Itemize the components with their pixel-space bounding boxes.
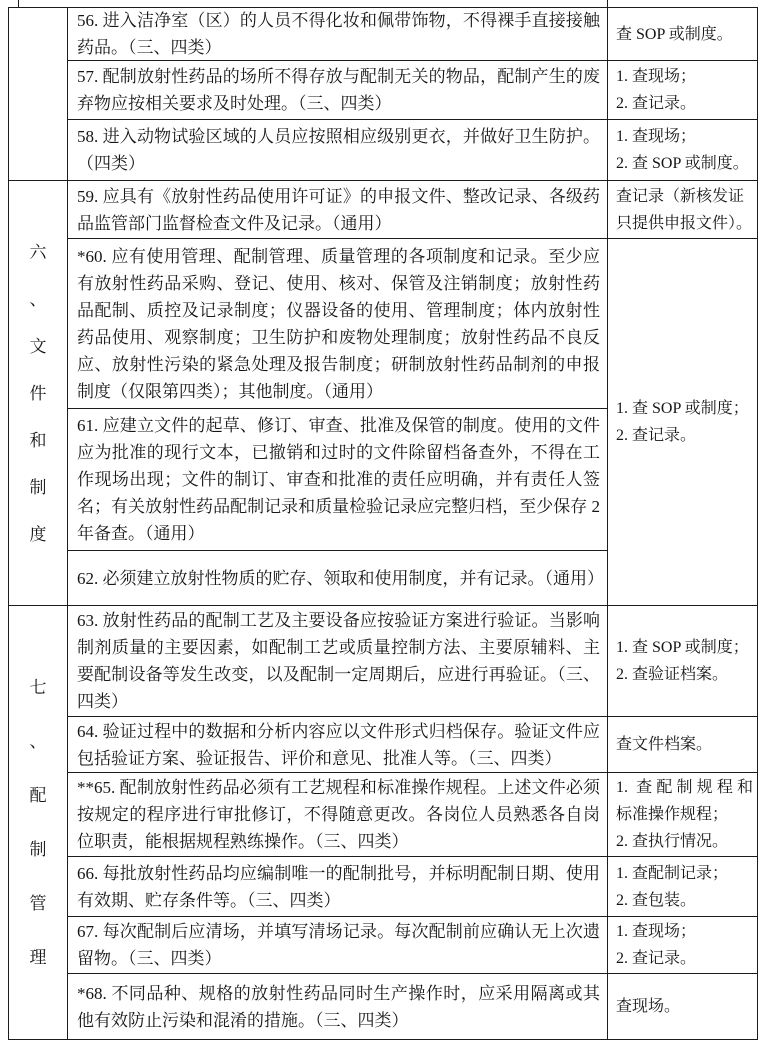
category-label-char: 文 [30, 338, 47, 355]
category-label-char: 七 [30, 679, 47, 696]
check-method-cell: 1. 查现场；2. 查 SOP 或制度。 [607, 120, 757, 180]
section-rows: 63. 放射性药品的配制工艺及主要设备应按验证方案进行验证。当影响制剂质量的主要… [68, 606, 757, 1039]
table-row-group: *68. 不同品种、规格的放射性药品同时生产操作时，应采用隔离或其他有效防止污染… [68, 973, 757, 1039]
checklist-table: 56. 进入洁净室（区）的人员不得化妆和佩带饰物，不得裸手直接接触药品。（三、四… [8, 7, 758, 1040]
checklist-item-row-59: 59. 应具有《放射性药品使用许可证》的申报文件、整改记录、各级药品监管部门监督… [68, 181, 607, 238]
table-row-group: 66. 每批放射性药品均应编制唯一的配制批号，并标明配制日期、使用有效期、贮存条… [68, 856, 757, 916]
category-label-char: 六 [30, 244, 47, 261]
check-method-cell: 1. 查 SOP 或制度；2. 查记录。 [607, 239, 757, 605]
check-method-line: 1. 查配制规程和 [616, 774, 753, 801]
table-row-group: *60. 应有使用管理、配制管理、质量管理的各项制度和记录。至少应有放射性药品采… [68, 238, 757, 605]
check-method-cell: 查 SOP 或制度。 [607, 8, 757, 60]
check-method-line: 1. 查 SOP 或制度； [616, 395, 753, 422]
table-row-group: 67. 每次配制后应清场，并填写清场记录。每次配制前应确认无上次遗留物。（三、四… [68, 916, 757, 973]
check-method-cell: 1. 查配制规程和标准操作规程；2. 查执行情况。 [607, 773, 757, 856]
check-method-cell: 查记录（新核发证只提供申报文件）。 [607, 181, 757, 238]
check-method-line: 2. 查验证档案。 [616, 661, 753, 688]
item-text: 61. 应建立文件的起草、修订、审查、批准及保管的制度。使用的文件应为批准的现行… [68, 412, 607, 547]
category-label-char: 和 [30, 432, 47, 449]
section-rows: 59. 应具有《放射性药品使用许可证》的申报文件、整改记录、各级药品监管部门监督… [68, 181, 757, 605]
check-method-line: 2. 查记录。 [616, 945, 753, 972]
table-row-group: **65. 配制放射性药品必须有工艺规程和标准操作规程。上述文件必须按规定的程序… [68, 772, 757, 856]
item-text: *60. 应有使用管理、配制管理、质量管理的各项制度和记录。至少应有放射性药品采… [68, 243, 607, 405]
table-row-group: 59. 应具有《放射性药品使用许可证》的申报文件、整改记录、各级药品监管部门监督… [68, 181, 757, 238]
category-label-char: 度 [30, 526, 47, 543]
item-text: 67. 每次配制后应清场，并填写清场记录。每次配制前应确认无上次遗留物。（三、四… [68, 918, 607, 972]
category-cell: 六、文件和制度 [9, 181, 68, 605]
item-text: 57. 配制放射性药品的场所不得存放与配制无关的物品，配制产生的废弃物应按相关要… [68, 63, 607, 117]
check-method-line: 查 SOP 或制度。 [616, 21, 753, 48]
category-label-char: 件 [30, 385, 47, 402]
category-cell: 七、配制管理 [9, 606, 68, 1039]
checklist-item-row-67: 67. 每次配制后应清场，并填写清场记录。每次配制前应确认无上次遗留物。（三、四… [68, 917, 607, 973]
check-method-line: 1. 查 SOP 或制度； [616, 634, 753, 661]
check-method-line: 2. 查记录。 [616, 422, 753, 449]
check-method-line: 1. 查现场； [616, 63, 753, 90]
item-rows-column: 64. 验证过程中的数据和分析内容应以文件形式归档保存。验证文件应包括验证方案、… [68, 717, 607, 772]
table-row-group: 63. 放射性药品的配制工艺及主要设备应按验证方案进行验证。当影响制剂质量的主要… [68, 606, 757, 716]
item-text: **65. 配制放射性药品必须有工艺规程和标准操作规程。上述文件必须按规定的程序… [68, 774, 607, 855]
check-method-line: 查现场。 [616, 993, 753, 1020]
table-row-group: 64. 验证过程中的数据和分析内容应以文件形式归档保存。验证文件应包括验证方案、… [68, 716, 757, 772]
checklist-item-row-61: 61. 应建立文件的起草、修订、审查、批准及保管的制度。使用的文件应为批准的现行… [68, 408, 607, 550]
category-label-char: 配 [30, 787, 47, 804]
check-method-cell: 1. 查现场；2. 查记录。 [607, 61, 757, 119]
item-rows-column: 66. 每批放射性药品均应编制唯一的配制批号，并标明配制日期、使用有效期、贮存条… [68, 857, 607, 916]
check-method-cell: 1. 查配制记录；2. 查包装。 [607, 857, 757, 916]
table-row-group: 56. 进入洁净室（区）的人员不得化妆和佩带饰物，不得裸手直接接触药品。（三、四… [68, 8, 757, 60]
category-label-char: 制 [30, 841, 47, 858]
check-method-line: 查记录（新核发证 [616, 183, 753, 210]
category-label-char: 、 [30, 733, 47, 750]
item-rows-column: 57. 配制放射性药品的场所不得存放与配制无关的物品，配制产生的废弃物应按相关要… [68, 61, 607, 119]
category-label-char: 管 [30, 895, 47, 912]
check-method-line: 查文件档案。 [616, 731, 753, 758]
table-row-group: 58. 进入动物试验区域的人员应按照相应级别更衣，并做好卫生防护。（四类）1. … [68, 119, 757, 180]
check-method-line: 2. 查记录。 [616, 90, 753, 117]
checklist-item-row-66: 66. 每批放射性药品均应编制唯一的配制批号，并标明配制日期、使用有效期、贮存条… [68, 857, 607, 916]
check-method-line: 1. 查现场； [616, 123, 753, 150]
category-label-char: 制 [30, 479, 47, 496]
checklist-item-row-63: 63. 放射性药品的配制工艺及主要设备应按验证方案进行验证。当影响制剂质量的主要… [68, 606, 607, 716]
checklist-item-row-68: *68. 不同品种、规格的放射性药品同时生产操作时，应采用隔离或其他有效防止污染… [68, 974, 607, 1039]
item-text: 58. 进入动物试验区域的人员应按照相应级别更衣，并做好卫生防护。（四类） [68, 123, 607, 177]
document-page: 56. 进入洁净室（区）的人员不得化妆和佩带饰物，不得裸手直接接触药品。（三、四… [0, 0, 765, 1043]
item-rows-column: 56. 进入洁净室（区）的人员不得化妆和佩带饰物，不得裸手直接接触药品。（三、四… [68, 8, 607, 60]
check-method-line: 1. 查配制记录； [616, 860, 753, 887]
item-rows-column: 59. 应具有《放射性药品使用许可证》的申报文件、整改记录、各级药品监管部门监督… [68, 181, 607, 238]
checklist-item-row-60: *60. 应有使用管理、配制管理、质量管理的各项制度和记录。至少应有放射性药品采… [68, 239, 607, 408]
item-text: 59. 应具有《放射性药品使用许可证》的申报文件、整改记录、各级药品监管部门监督… [68, 183, 607, 237]
check-method-line: 2. 查执行情况。 [616, 828, 753, 855]
item-text: 66. 每批放射性药品均应编制唯一的配制批号，并标明配制日期、使用有效期、贮存条… [68, 860, 607, 914]
item-text: *68. 不同品种、规格的放射性药品同时生产操作时，应采用隔离或其他有效防止污染… [68, 980, 607, 1034]
check-method-line: 只提供申报文件）。 [616, 210, 753, 237]
table-section: 六、文件和制度59. 应具有《放射性药品使用许可证》的申报文件、整改记录、各级药… [9, 180, 757, 605]
check-method-line: 2. 查包装。 [616, 887, 753, 914]
check-method-cell: 1. 查现场；2. 查记录。 [607, 917, 757, 973]
table-row-group: 57. 配制放射性药品的场所不得存放与配制无关的物品，配制产生的废弃物应按相关要… [68, 60, 757, 119]
check-method-cell: 1. 查 SOP 或制度；2. 查验证档案。 [607, 606, 757, 716]
check-method-cell: 查文件档案。 [607, 717, 757, 772]
check-method-line: 标准操作规程； [616, 801, 753, 828]
check-method-cell: 查现场。 [607, 974, 757, 1039]
checklist-item-row-58: 58. 进入动物试验区域的人员应按照相应级别更衣，并做好卫生防护。（四类） [68, 120, 607, 180]
checklist-item-row-57: 57. 配制放射性药品的场所不得存放与配制无关的物品，配制产生的废弃物应按相关要… [68, 61, 607, 119]
table-section: 56. 进入洁净室（区）的人员不得化妆和佩带饰物，不得裸手直接接触药品。（三、四… [9, 8, 757, 180]
item-rows-column: *68. 不同品种、规格的放射性药品同时生产操作时，应采用隔离或其他有效防止污染… [68, 974, 607, 1039]
category-cell [9, 8, 68, 180]
table-section: 七、配制管理63. 放射性药品的配制工艺及主要设备应按验证方案进行验证。当影响制… [9, 605, 757, 1039]
item-text: 64. 验证过程中的数据和分析内容应以文件形式归档保存。验证文件应包括验证方案、… [68, 718, 607, 772]
item-text: 56. 进入洁净室（区）的人员不得化妆和佩带饰物，不得裸手直接接触药品。（三、四… [68, 8, 607, 60]
checklist-item-row-64: 64. 验证过程中的数据和分析内容应以文件形式归档保存。验证文件应包括验证方案、… [68, 717, 607, 772]
item-rows-column: 67. 每次配制后应清场，并填写清场记录。每次配制前应确认无上次遗留物。（三、四… [68, 917, 607, 973]
check-method-line: 2. 查 SOP 或制度。 [616, 150, 753, 177]
checklist-item-row-62: 62. 必须建立放射性物质的贮存、领取和使用制度，并有记录。（通用） [68, 550, 607, 605]
item-rows-column: 58. 进入动物试验区域的人员应按照相应级别更衣，并做好卫生防护。（四类） [68, 120, 607, 180]
item-rows-column: **65. 配制放射性药品必须有工艺规程和标准操作规程。上述文件必须按规定的程序… [68, 773, 607, 856]
checklist-item-row-56: 56. 进入洁净室（区）的人员不得化妆和佩带饰物，不得裸手直接接触药品。（三、四… [68, 8, 607, 60]
item-rows-column: *60. 应有使用管理、配制管理、质量管理的各项制度和记录。至少应有放射性药品采… [68, 239, 607, 605]
category-label-char: 、 [30, 291, 47, 308]
item-rows-column: 63. 放射性药品的配制工艺及主要设备应按验证方案进行验证。当影响制剂质量的主要… [68, 606, 607, 716]
check-method-line: 1. 查现场； [616, 918, 753, 945]
item-text: 62. 必须建立放射性物质的贮存、领取和使用制度，并有记录。（通用） [68, 565, 607, 592]
item-text: 63. 放射性药品的配制工艺及主要设备应按验证方案进行验证。当影响制剂质量的主要… [68, 607, 607, 715]
checklist-item-row-65: **65. 配制放射性药品必须有工艺规程和标准操作规程。上述文件必须按规定的程序… [68, 773, 607, 856]
category-label-char: 理 [30, 949, 47, 966]
section-rows: 56. 进入洁净室（区）的人员不得化妆和佩带饰物，不得裸手直接接触药品。（三、四… [68, 8, 757, 180]
